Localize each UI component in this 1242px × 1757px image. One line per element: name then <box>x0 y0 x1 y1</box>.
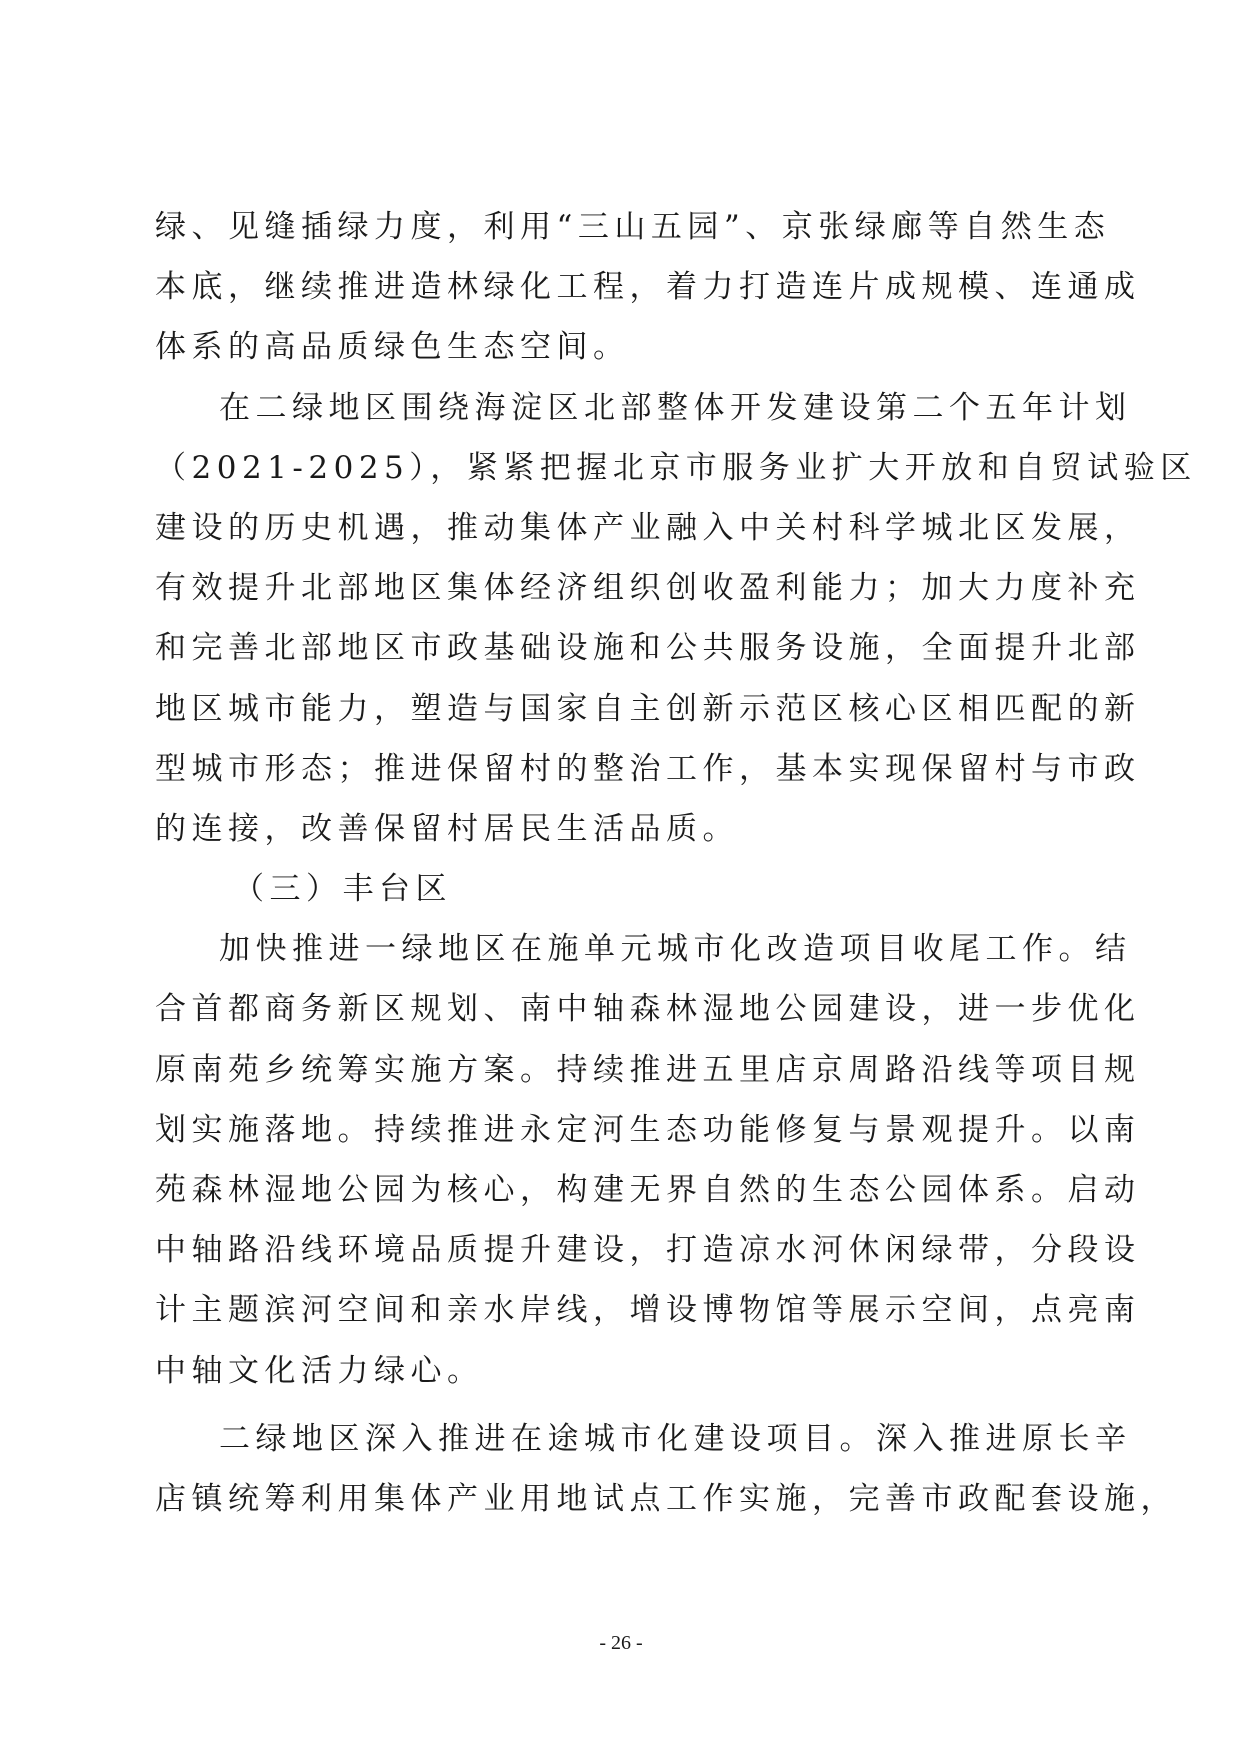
text-line: 在二绿地区围绕海淀区北部整体开发建设第二个五年计划 <box>155 378 1087 438</box>
document-page: 绿、见缝插绿力度，利用“三山五园”、京张绿廊等自然生态 本底，继续推进造林绿化工… <box>0 0 1242 1757</box>
section-heading-fengtai: （三）丰台区 <box>155 859 1087 919</box>
paragraph-haidian-north: 在二绿地区围绕海淀区北部整体开发建设第二个五年计划 （2021-2025），紧紧… <box>155 378 1087 860</box>
text-line: 划实施落地。持续推进永定河生态功能修复与景观提升。以南 <box>155 1100 1087 1160</box>
text-line: 加快推进一绿地区在施单元城市化改造项目收尾工作。结 <box>155 919 1087 979</box>
section-heading: （三）丰台区 <box>155 859 1087 919</box>
text-line: 店镇统筹利用集体产业用地试点工作实施，完善市政配套设施， <box>155 1469 1087 1529</box>
text-line: 原南苑乡统筹实施方案。持续推进五里店京周路沿线等项目规 <box>155 1040 1087 1100</box>
text-line: （2021-2025），紧紧把握北京市服务业扩大开放和自贸试验区 <box>155 438 1087 498</box>
text-line: 地区城市能力，塑造与国家自主创新示范区核心区相匹配的新 <box>155 679 1087 739</box>
text-line: 计主题滨河空间和亲水岸线，增设博物馆等展示空间，点亮南 <box>155 1280 1087 1340</box>
text-line: 中轴文化活力绿心。 <box>155 1341 1087 1401</box>
text-line: 本底，继续推进造林绿化工程，着力打造连片成规模、连通成 <box>155 257 1087 317</box>
text-line: 有效提升北部地区集体经济组织创收盈利能力；加大力度补充 <box>155 558 1087 618</box>
text-line: 中轴路沿线环境品质提升建设，打造凉水河休闲绿带，分段设 <box>155 1220 1087 1280</box>
paragraph-fengtai-second-green: 二绿地区深入推进在途城市化建设项目。深入推进原长辛 店镇统筹利用集体产业用地试点… <box>155 1409 1087 1529</box>
page-number: - 26 - <box>0 1632 1242 1655</box>
text-line: 型城市形态；推进保留村的整治工作，基本实现保留村与市政 <box>155 739 1087 799</box>
text-line: 体系的高品质绿色生态空间。 <box>155 317 1087 377</box>
text-line: 建设的历史机遇，推动集体产业融入中关村科学城北区发展， <box>155 498 1087 558</box>
document-body: 绿、见缝插绿力度，利用“三山五园”、京张绿廊等自然生态 本底，继续推进造林绿化工… <box>155 197 1087 1529</box>
text-line: 二绿地区深入推进在途城市化建设项目。深入推进原长辛 <box>155 1409 1087 1469</box>
paragraph-continuation: 绿、见缝插绿力度，利用“三山五园”、京张绿廊等自然生态 本底，继续推进造林绿化工… <box>155 197 1087 378</box>
text-line: 绿、见缝插绿力度，利用“三山五园”、京张绿廊等自然生态 <box>155 197 1087 257</box>
text-line: 和完善北部地区市政基础设施和公共服务设施，全面提升北部 <box>155 618 1087 678</box>
paragraph-fengtai-first-green: 加快推进一绿地区在施单元城市化改造项目收尾工作。结 合首都商务新区规划、南中轴森… <box>155 919 1087 1401</box>
text-line: 的连接，改善保留村居民生活品质。 <box>155 799 1087 859</box>
paragraph-gap <box>155 1401 1087 1409</box>
text-line: 苑森林湿地公园为核心，构建无界自然的生态公园体系。启动 <box>155 1160 1087 1220</box>
text-line: 合首都商务新区规划、南中轴森林湿地公园建设，进一步优化 <box>155 979 1087 1039</box>
